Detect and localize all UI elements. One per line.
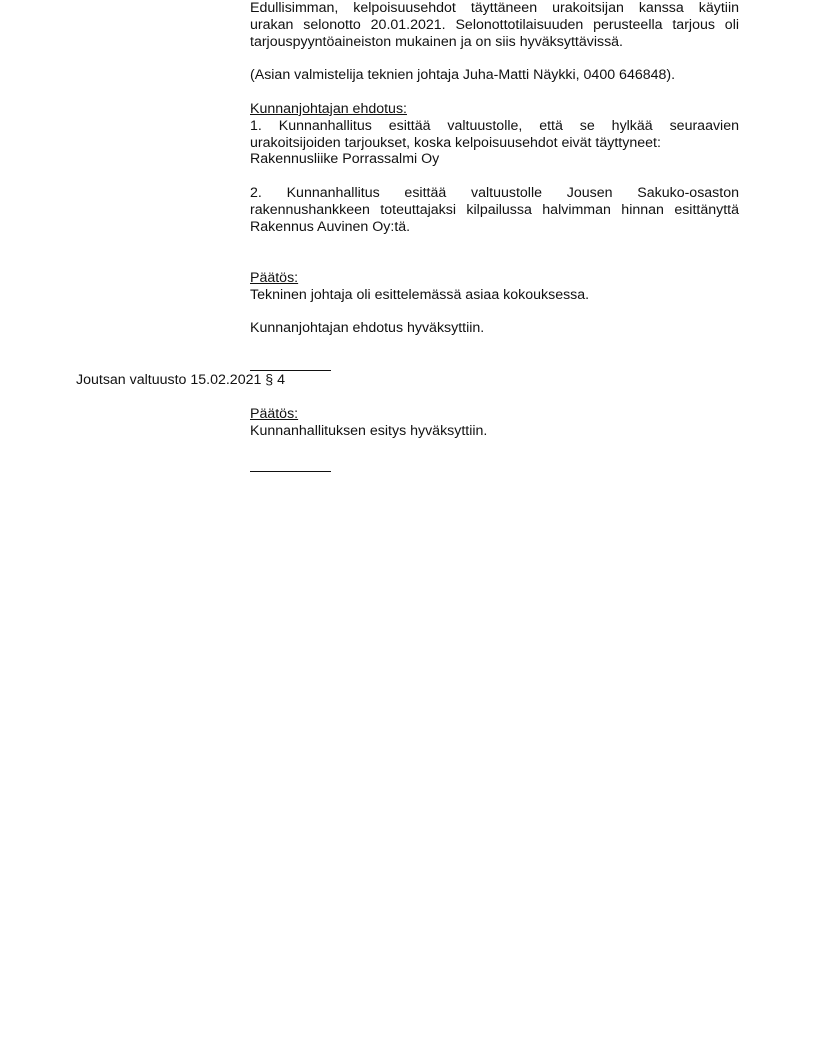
intro-line-3: tarjouspyyntöaineiston mukainen ja on si… bbox=[250, 34, 739, 51]
proposal-item1-line-1: 1. Kunnanhallitus esittää valtuustolle, … bbox=[250, 118, 739, 135]
proposal-item2: 2. Kunnanhallitus esittää valtuustolle J… bbox=[250, 185, 739, 235]
separator-rule-1 bbox=[250, 370, 331, 371]
intro-line-2: urakan selonotto 20.01.2021. Selonottoti… bbox=[250, 17, 739, 34]
proposal-section: Kunnanjohtajan ehdotus: 1. Kunnanhallitu… bbox=[250, 101, 739, 168]
decision2-line-1: Kunnanhallituksen esitys hyväksyttiin. bbox=[250, 423, 739, 440]
decision1-line-1: Tekninen johtaja oli esittelemässä asiaa… bbox=[250, 287, 739, 304]
separator-rule-2 bbox=[250, 471, 331, 472]
proposal-item2-line-1: 2. Kunnanhallitus esittää valtuustolle J… bbox=[250, 185, 739, 202]
decision-section-1: Päätös: Tekninen johtaja oli esittelemäs… bbox=[250, 270, 739, 337]
proposal-item2-line-2: rakennushankkeen toteuttajaksi kilpailus… bbox=[250, 202, 739, 219]
council-meeting-header: Joutsan valtuusto 15.02.2021 § 4 bbox=[76, 372, 285, 389]
intro-paragraph: Edullisimman, kelpoisuusehdot täyttäneen… bbox=[250, 0, 739, 50]
decision1-heading: Päätös: bbox=[250, 270, 298, 287]
preparer-note: (Asian valmistelija teknien johtaja Juha… bbox=[250, 67, 739, 84]
document-page: Edullisimman, kelpoisuusehdot täyttäneen… bbox=[0, 0, 816, 1056]
decision1-line-2: Kunnanjohtajan ehdotus hyväksyttiin. bbox=[250, 320, 739, 337]
proposal-item1-line-3: Rakennusliike Porrassalmi Oy bbox=[250, 151, 739, 168]
proposal-heading: Kunnanjohtajan ehdotus: bbox=[250, 101, 407, 118]
preparer-note-text: (Asian valmistelija teknien johtaja Juha… bbox=[250, 67, 739, 84]
intro-line-1: Edullisimman, kelpoisuusehdot täyttäneen… bbox=[250, 0, 739, 17]
proposal-item1-line-2: urakoitsijoiden tarjoukset, koska kelpoi… bbox=[250, 135, 739, 152]
proposal-item2-line-3: Rakennus Auvinen Oy:tä. bbox=[250, 219, 739, 236]
decision-section-2: Päätös: Kunnanhallituksen esitys hyväksy… bbox=[250, 406, 739, 440]
decision2-heading: Päätös: bbox=[250, 406, 298, 423]
